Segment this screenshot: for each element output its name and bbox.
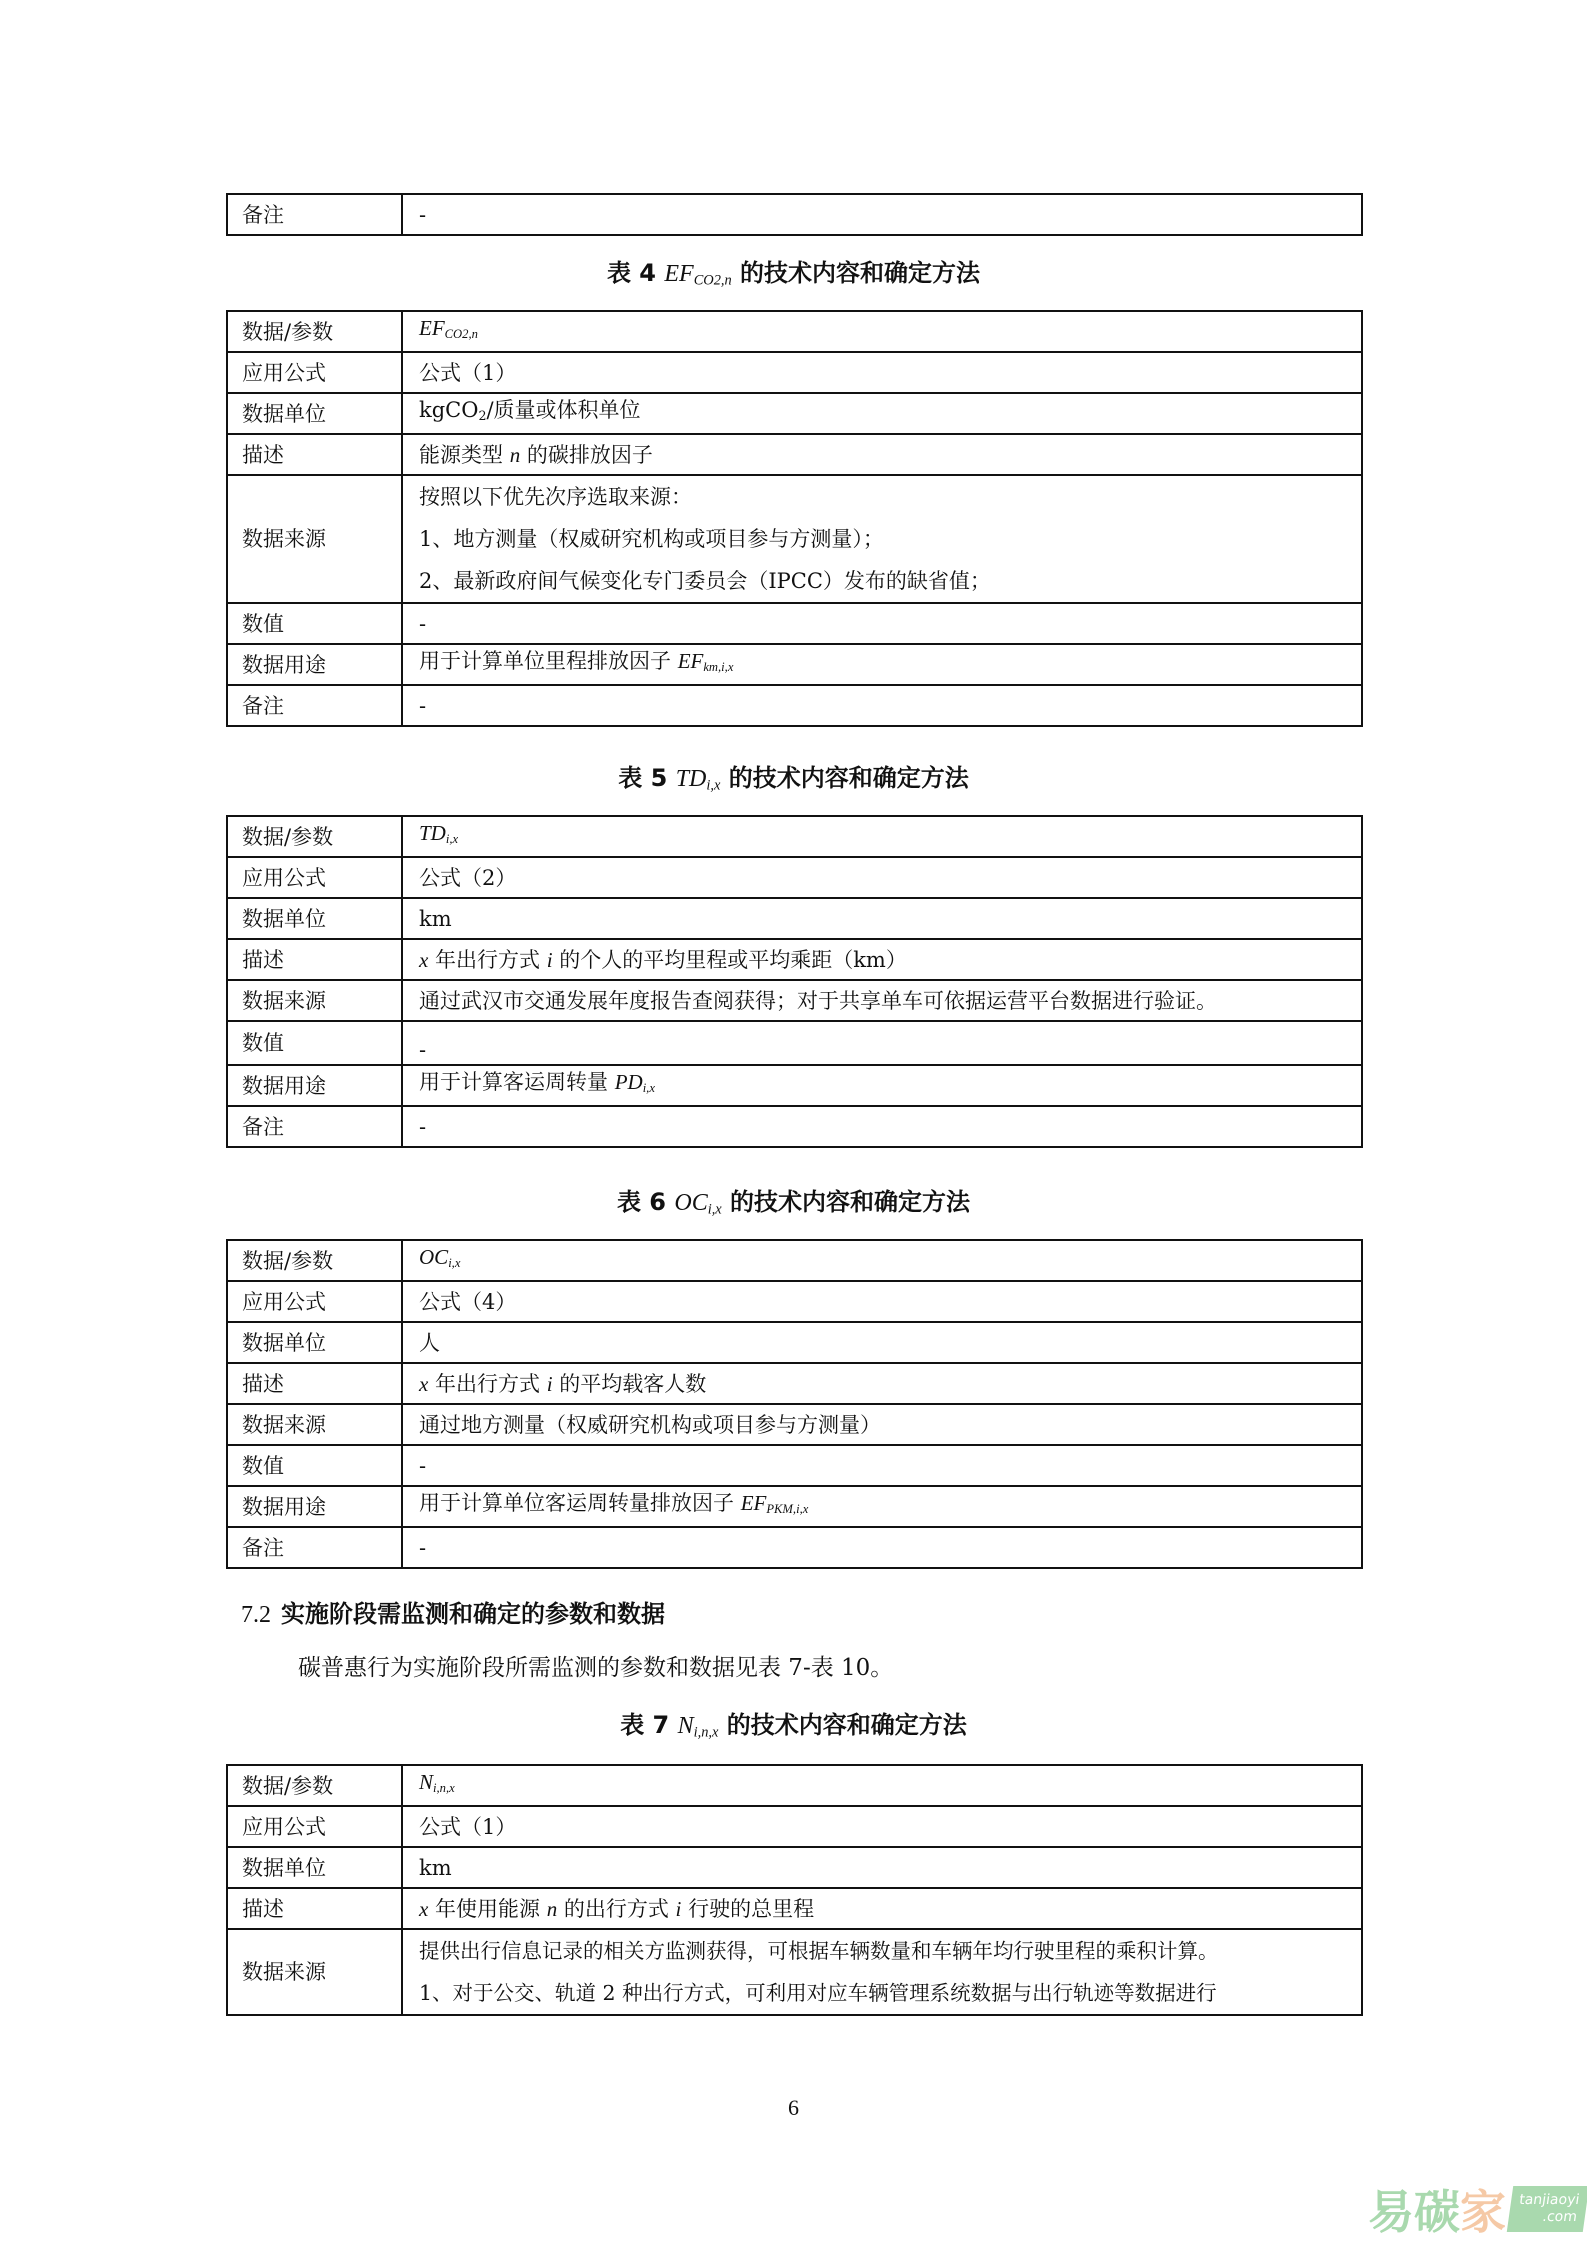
row-value: - xyxy=(402,603,1362,644)
page-number: 6 xyxy=(0,2095,1587,2121)
table-row: 应用公式 公式（1） xyxy=(227,352,1362,393)
row-label: 应用公式 xyxy=(227,1806,402,1847)
row-label: 数值 xyxy=(227,1445,402,1486)
table-row: 数据用途 用于计算单位客运周转量排放因子 EFPKM,i,x xyxy=(227,1486,1362,1527)
row-value: km xyxy=(402,898,1362,939)
watermark-logo: 易 碳 家 tanjiaoyi .com xyxy=(1368,2180,1586,2238)
row-value: - xyxy=(402,194,1362,235)
row-value: x 年使用能源 n 的出行方式 i 行驶的总里程 xyxy=(402,1888,1362,1929)
row-label: 备注 xyxy=(227,685,402,726)
row-value: 通过武汉市交通发展年度报告查阅获得；对于共享单车可依据运营平台数据进行验证。 xyxy=(402,980,1362,1021)
table-row: 数据单位 km xyxy=(227,1847,1362,1888)
row-label: 备注 xyxy=(227,194,402,235)
row-label: 数据单位 xyxy=(227,393,402,434)
table-row: 数值 - xyxy=(227,1021,1362,1065)
watermark-char: 碳 xyxy=(1414,2176,1460,2242)
row-label: 数据单位 xyxy=(227,1322,402,1363)
table4: 数据/参数 EFCO2,n 应用公式 公式（1） 数据单位 kgCO2/质量或体… xyxy=(226,310,1363,727)
table-row: 数据单位 kgCO2/质量或体积单位 xyxy=(227,393,1362,434)
row-value: EFCO2,n xyxy=(402,311,1362,352)
row-label: 数据来源 xyxy=(227,980,402,1021)
row-label: 描述 xyxy=(227,434,402,475)
row-value: 公式（4） xyxy=(402,1281,1362,1322)
table6-caption: 表 6 OCi,x 的技术内容和确定方法 xyxy=(0,1186,1587,1226)
table-row: 数据单位 km xyxy=(227,898,1362,939)
table-row: 应用公式 公式（1） xyxy=(227,1806,1362,1847)
row-label: 数据/参数 xyxy=(227,1240,402,1281)
row-value: - xyxy=(402,685,1362,726)
row-label: 数据来源 xyxy=(227,1929,402,2015)
row-value: 提供出行信息记录的相关方监测获得，可根据车辆数量和车辆年均行驶里程的乘积计算。 … xyxy=(402,1929,1362,2015)
table-row: 描述 能源类型 n 的碳排放因子 xyxy=(227,434,1362,475)
table5: 数据/参数 TDi,x 应用公式 公式（2） 数据单位 km 描述 x 年出行方… xyxy=(226,815,1363,1148)
row-value: 用于计算单位里程排放因子 EFkm,i,x xyxy=(402,644,1362,685)
row-value: Ni,n,x xyxy=(402,1765,1362,1806)
section-paragraph: 碳普惠行为实施阶段所需监测的参数和数据见表 7-表 10。 xyxy=(298,1652,893,1684)
row-label: 数据用途 xyxy=(227,1065,402,1106)
row-label: 描述 xyxy=(227,1363,402,1404)
row-value: - xyxy=(402,1106,1362,1147)
row-label: 备注 xyxy=(227,1527,402,1568)
row-value: 公式（1） xyxy=(402,1806,1362,1847)
row-value: - xyxy=(402,1445,1362,1486)
row-label: 数据用途 xyxy=(227,1486,402,1527)
table-row: 描述 x 年出行方式 i 的平均载客人数 xyxy=(227,1363,1362,1404)
table-row: 备注 - xyxy=(227,1527,1362,1568)
row-value: km xyxy=(402,1847,1362,1888)
row-label: 数值 xyxy=(227,1021,402,1065)
row-value: 用于计算单位客运周转量排放因子 EFPKM,i,x xyxy=(402,1486,1362,1527)
row-value: kgCO2/质量或体积单位 xyxy=(402,393,1362,434)
row-label: 数据用途 xyxy=(227,644,402,685)
table6: 数据/参数 OCi,x 应用公式 公式（4） 数据单位 人 描述 x 年出行方式… xyxy=(226,1239,1363,1569)
table-row: 数据/参数 TDi,x xyxy=(227,816,1362,857)
table-row: 数据用途 用于计算单位里程排放因子 EFkm,i,x xyxy=(227,644,1362,685)
table-row: 应用公式 公式（2） xyxy=(227,857,1362,898)
row-label: 应用公式 xyxy=(227,1281,402,1322)
table-row: 备注 - xyxy=(227,194,1362,235)
table-row: 应用公式 公式（4） xyxy=(227,1281,1362,1322)
row-value: OCi,x xyxy=(402,1240,1362,1281)
table-row: 描述 x 年使用能源 n 的出行方式 i 行驶的总里程 xyxy=(227,1888,1362,1929)
table4-caption: 表 4 EFCO2,n 的技术内容和确定方法 xyxy=(0,257,1587,297)
row-value: 公式（2） xyxy=(402,857,1362,898)
row-label: 描述 xyxy=(227,1888,402,1929)
table-row: 数值 - xyxy=(227,603,1362,644)
row-value: 能源类型 n 的碳排放因子 xyxy=(402,434,1362,475)
watermark-char: 易 xyxy=(1368,2176,1414,2242)
row-label: 数据/参数 xyxy=(227,816,402,857)
row-label: 应用公式 xyxy=(227,352,402,393)
row-value: 用于计算客运周转量 PDi,x xyxy=(402,1065,1362,1106)
table5-caption: 表 5 TDi,x 的技术内容和确定方法 xyxy=(0,762,1587,802)
row-label: 数据来源 xyxy=(227,1404,402,1445)
row-value: x 年出行方式 i 的平均载客人数 xyxy=(402,1363,1362,1404)
row-label: 数据单位 xyxy=(227,898,402,939)
table-row: 数值 - xyxy=(227,1445,1362,1486)
table-row: 数据/参数 Ni,n,x xyxy=(227,1765,1362,1806)
table-previous-tail: 备注 - xyxy=(226,193,1363,236)
table-row: 描述 x 年出行方式 i 的个人的平均里程或平均乘距（km） xyxy=(227,939,1362,980)
row-label: 描述 xyxy=(227,939,402,980)
row-value: 人 xyxy=(402,1322,1362,1363)
table-row: 数据用途 用于计算客运周转量 PDi,x xyxy=(227,1065,1362,1106)
watermark-char: 家 xyxy=(1460,2176,1506,2242)
row-label: 数据来源 xyxy=(227,475,402,603)
section-number: 7.2 xyxy=(241,1602,271,1628)
table7: 数据/参数 Ni,n,x 应用公式 公式（1） 数据单位 km 描述 x 年使用… xyxy=(226,1764,1363,2016)
watermark-domain-box: tanjiaoyi .com xyxy=(1507,2186,1587,2232)
section-heading: 7.2实施阶段需监测和确定的参数和数据 xyxy=(241,1598,665,1631)
row-value: - xyxy=(402,1527,1362,1568)
row-value: 按照以下优先次序选取来源： 1、地方测量（权威研究机构或项目参与方测量）； 2、… xyxy=(402,475,1362,603)
row-value: 通过地方测量（权威研究机构或项目参与方测量） xyxy=(402,1404,1362,1445)
table7-caption: 表 7 Ni,n,x 的技术内容和确定方法 xyxy=(0,1709,1587,1749)
table-row: 备注 - xyxy=(227,685,1362,726)
row-value: x 年出行方式 i 的个人的平均里程或平均乘距（km） xyxy=(402,939,1362,980)
table-row: 数据/参数 EFCO2,n xyxy=(227,311,1362,352)
table-row: 数据来源 通过武汉市交通发展年度报告查阅获得；对于共享单车可依据运营平台数据进行… xyxy=(227,980,1362,1021)
section-title: 实施阶段需监测和确定的参数和数据 xyxy=(281,1600,665,1628)
row-label: 备注 xyxy=(227,1106,402,1147)
table-row: 数据来源 提供出行信息记录的相关方监测获得，可根据车辆数量和车辆年均行驶里程的乘… xyxy=(227,1929,1362,2015)
row-label: 数据/参数 xyxy=(227,1765,402,1806)
table-row: 数据单位 人 xyxy=(227,1322,1362,1363)
table-row: 数据来源 通过地方测量（权威研究机构或项目参与方测量） xyxy=(227,1404,1362,1445)
row-label: 应用公式 xyxy=(227,857,402,898)
table-row: 数据/参数 OCi,x xyxy=(227,1240,1362,1281)
table-row: 数据来源 按照以下优先次序选取来源： 1、地方测量（权威研究机构或项目参与方测量… xyxy=(227,475,1362,603)
row-value: - xyxy=(402,1021,1362,1065)
row-label: 数值 xyxy=(227,603,402,644)
row-value: TDi,x xyxy=(402,816,1362,857)
row-label: 数据单位 xyxy=(227,1847,402,1888)
row-value: 公式（1） xyxy=(402,352,1362,393)
table-row: 备注 - xyxy=(227,1106,1362,1147)
row-label: 数据/参数 xyxy=(227,311,402,352)
